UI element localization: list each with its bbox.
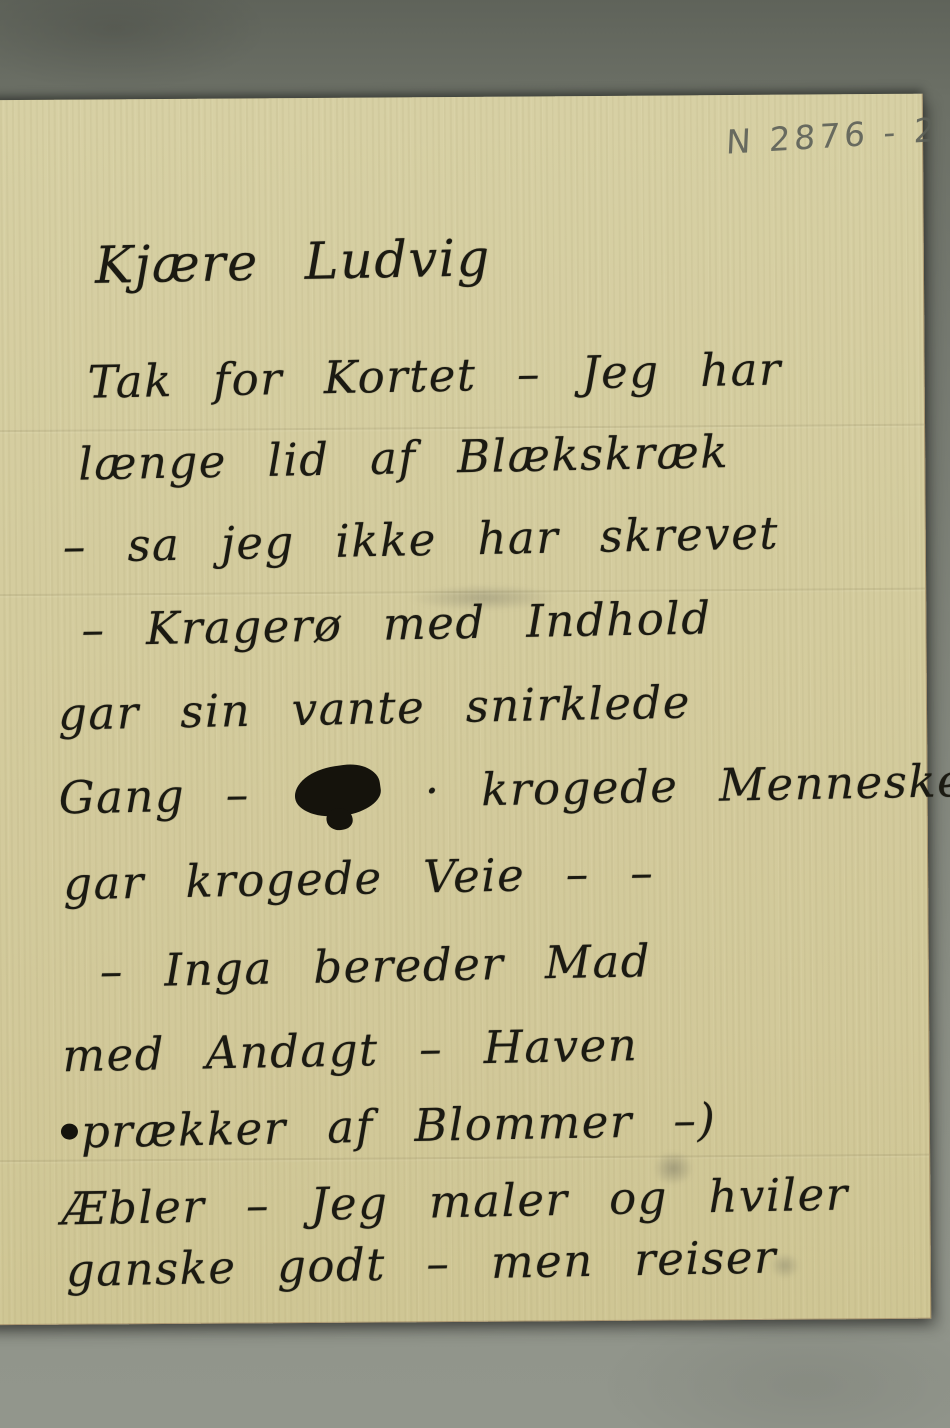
- letter-line: – Kragerø med Indhold: [81, 591, 712, 656]
- letter-line: Gang – · krogede Mennesker: [58, 754, 950, 825]
- letter-line: Æbler – Jeg maler og hviler: [61, 1167, 849, 1235]
- letter-line: med Andagt – Haven: [62, 1018, 639, 1082]
- archival-number-pencil: N 2876 - 2: [725, 110, 939, 162]
- letter-line: gar krogede Veie – –: [63, 846, 655, 910]
- letter-line: prækker af Blommer –): [60, 1093, 716, 1159]
- letter-line: Tak for Kortet – Jeg har: [87, 342, 782, 408]
- letter-line: gar sin vante snirklede: [58, 675, 692, 740]
- letter-line: – sa jeg ikke har skrevet: [62, 506, 779, 573]
- ink-blot: [61, 1123, 78, 1139]
- handwritten-text: Kjære LudvigTak for Kortet – Jeg harlæng…: [0, 94, 922, 101]
- ink-blot: [291, 760, 383, 822]
- letter-line: – Inga bereder Mad: [99, 934, 651, 998]
- letter-line: Kjære Ludvig: [94, 229, 491, 296]
- photo-of-letter: N 2876 - 2 Kjære LudvigTak for Kortet – …: [0, 0, 950, 1428]
- letter-line: længe lid af Blækskræk: [78, 425, 730, 490]
- letter-paper: N 2876 - 2 Kjære LudvigTak for Kortet – …: [0, 94, 931, 1326]
- letter-line: ganske godt – men reiser: [65, 1230, 777, 1297]
